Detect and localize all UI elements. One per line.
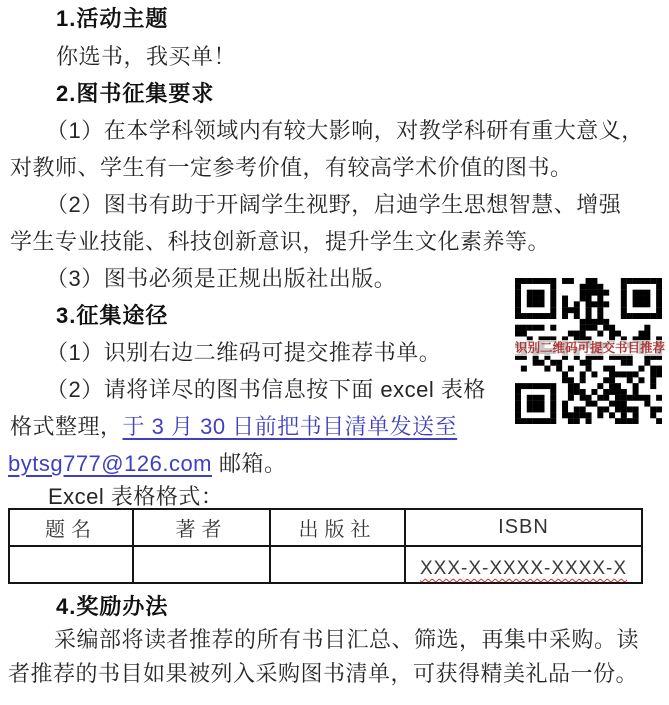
cell-publisher xyxy=(270,546,405,583)
cell-title xyxy=(9,546,133,583)
table-header-row: 题名 著者 出版社 ISBN xyxy=(9,509,642,546)
activity-slogan: 你选书，我买单！ xyxy=(10,43,236,71)
channel-1: （1）识别右边二维码可提交推荐书单。 xyxy=(10,339,441,367)
isbn-format-placeholder: XXX-X-XXXX-XXXX-X xyxy=(420,558,627,582)
channel-2-line-2: 格式整理，于 3 月 30 日前把书目清单发送至 xyxy=(10,413,457,441)
cell-isbn: XXX-X-XXXX-XXXX-X xyxy=(405,546,642,583)
requirement-2-line-2: 学生专业技能、科技创新意识，提升学生文化素养等。 xyxy=(10,228,550,256)
email-link[interactable]: bytsg777@126.com xyxy=(8,451,212,476)
excel-format-label: Excel 表格格式： xyxy=(10,483,223,511)
channel-2-line-2-plain: 格式整理， xyxy=(10,414,123,439)
cell-author xyxy=(133,546,270,583)
requirement-1-line-1: （1）在本学科领域内有较大影响，对教学科研有重大意义， xyxy=(10,117,644,145)
requirement-3: （3）图书必须是正规出版社出版。 xyxy=(10,265,396,293)
reward-line-2: 者推荐的书目如果被列入采购图书清单，可获得精美礼品一份。 xyxy=(8,660,638,688)
header-isbn: ISBN xyxy=(405,509,642,546)
requirement-1-line-2: 对教师、学生有一定参考价值，有较高学术价值的图书。 xyxy=(10,154,573,182)
section3-heading: 3.征集途径 xyxy=(10,302,168,330)
header-publisher: 出版社 xyxy=(270,509,405,546)
book-info-table: 题名 著者 出版社 ISBN XXX-X-XXXX-XXXX-X xyxy=(8,508,643,584)
table-row: XXX-X-XXXX-XXXX-X xyxy=(9,546,642,583)
channel-2-line-3-plain: 邮箱。 xyxy=(219,451,287,476)
header-title: 题名 xyxy=(9,509,133,546)
section4-heading: 4.奖励办法 xyxy=(10,593,168,621)
qr-code: 识别二维码可提交书目推荐 xyxy=(515,278,662,424)
deadline-link[interactable]: 于 3 月 30 日前把书目清单发送至 xyxy=(123,414,458,439)
section1-heading: 1.活动主题 xyxy=(10,5,168,33)
reward-line-1: 采编部将读者推荐的所有书目汇总、筛选，再集中采购。读 xyxy=(10,626,639,654)
qr-code-caption: 识别二维码可提交书目推荐 xyxy=(515,340,662,356)
channel-2-line-1: （2）请将详尽的图书信息按下面 excel 表格 xyxy=(10,376,486,404)
channel-2-line-3: bytsg777@126.com邮箱。 xyxy=(8,450,287,478)
header-author: 著者 xyxy=(133,509,270,546)
document-page: 1.活动主题 你选书，我买单！ 2.图书征集要求 （1）在本学科领域内有较大影响… xyxy=(0,0,669,705)
section2-heading: 2.图书征集要求 xyxy=(10,80,214,108)
requirement-2-line-1: （2）图书有助于开阔学生视野，启迪学生思想智慧、增强 xyxy=(10,191,621,219)
